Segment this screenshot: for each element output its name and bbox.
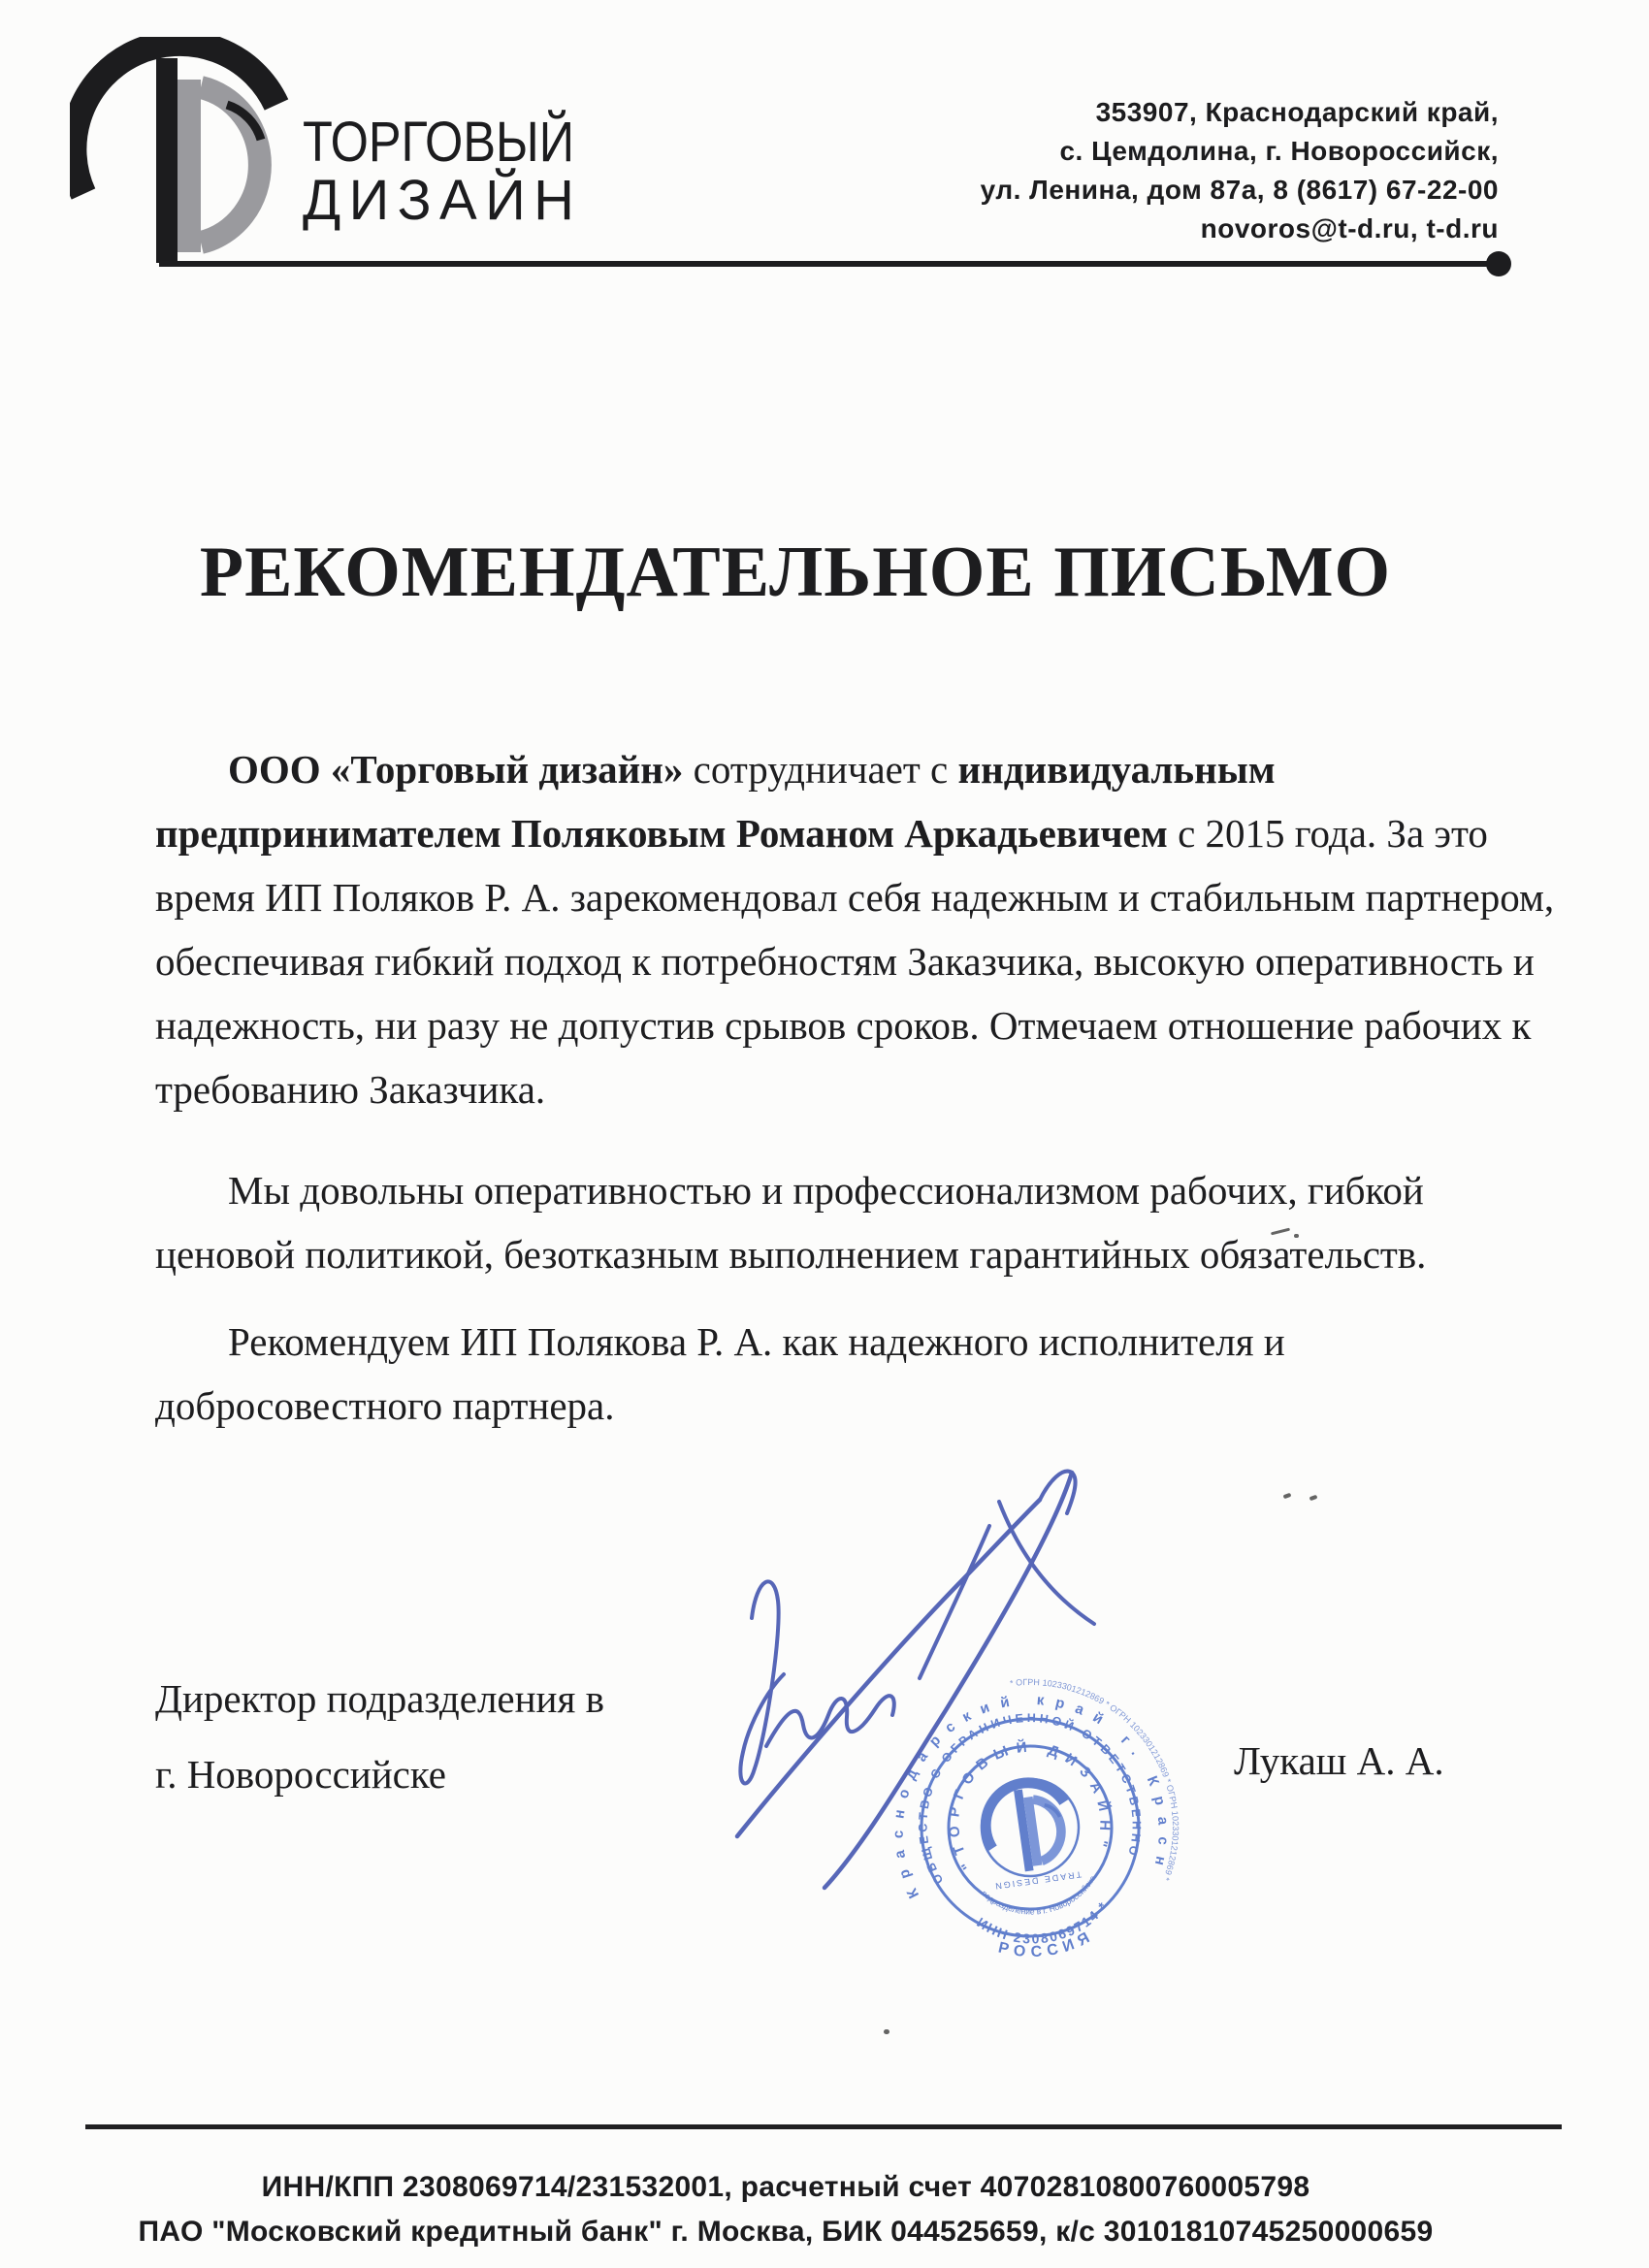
body-text-segment: Рекомендуем ИП Полякова Р. А. как надежн… [228,1319,1285,1364]
text-line: ИНН/КПП 2308069714/231532001, расчетный … [58,2165,1513,2210]
letter-body: ООО «Торговый дизайн» сотрудничает с инд… [155,737,1533,1438]
footer-rule [85,2124,1562,2129]
text-line: с. Цемдолина, г. Новороссийск, [981,132,1499,171]
signer-role-line2: г. Новороссийске [155,1736,604,1812]
body-line: Мы довольны оперативностью и профессиона… [155,1158,1533,1222]
text-line: ул. Ленина, дом 87а, 8 (8617) 67-22-00 [981,171,1499,210]
scan-artifact-dot [884,2029,889,2034]
body-text-segment: время ИП Поляков Р. А. зарекомендовал се… [155,875,1554,920]
body-text-segment: индивидуальным [958,747,1276,792]
letterhead-rule-end-dot [1486,251,1511,276]
letterhead-rule [159,261,1494,267]
scan-artifact-dot [1309,1495,1318,1501]
signer-role: Директор подразделения в г. Новороссийск… [155,1661,604,1812]
body-text-segment: требованию Заказчика. [155,1067,545,1112]
td-monogram-icon [74,43,276,263]
body-line: надежность, ни разу не допустив срывов с… [155,993,1533,1057]
body-line: ООО «Торговый дизайн» сотрудничает с инд… [155,737,1533,801]
body-text-segment: предпринимателем Поляковым Романом Аркад… [155,811,1168,856]
body-line: время ИП Поляков Р. А. зарекомендовал се… [155,865,1533,929]
scan-artifact-dot [1294,1234,1299,1238]
company-round-stamp: * ОГРН 1023301212869 * ОГРН 102330121286… [855,1652,1205,2002]
body-text-segment: надежность, ни разу не допустив срывов с… [155,1003,1531,1048]
footer-bank-details: ИНН/КПП 2308069714/231532001, расчетный … [58,2165,1513,2254]
text-line: 353907, Краснодарский край, [981,93,1499,132]
logo-text-line2: ДИЗАЙН [303,169,574,232]
letterhead-address: 353907, Краснодарский край,с. Цемдолина,… [981,93,1499,248]
body-text-segment: с 2015 года. За это [1168,811,1488,856]
body-paragraph: Рекомендуем ИП Полякова Р. А. как надежн… [155,1310,1533,1438]
body-line: ценовой политикой, безотказным выполнени… [155,1222,1533,1286]
body-text-segment: добросовестного партнера. [155,1383,614,1428]
scan-artifact-dot [1283,1493,1292,1499]
body-line: предпринимателем Поляковым Романом Аркад… [155,801,1533,865]
body-paragraph: ООО «Торговый дизайн» сотрудничает с инд… [155,737,1533,1121]
signer-name: Лукаш А. А. [1234,1736,1444,1785]
body-text-segment: ООО «Торговый дизайн» [228,747,683,792]
company-logo: ТОРГОВЫЙ ДИЗАЙН [70,37,584,279]
signer-role-line1: Директор подразделения в [155,1661,604,1736]
body-text-segment: Мы довольны оперативностью и профессиона… [228,1168,1424,1213]
stamp-latin-name-text: TRADE DESIGN [993,1869,1083,1892]
text-line: ПАО "Московский кредитный банк" г. Москв… [58,2210,1513,2254]
document-title: РЕКОМЕНДАТЕЛЬНОЕ ПИСЬМО [116,532,1474,614]
text-line: novoros@t-d.ru, t-d.ru [981,210,1499,248]
body-text-segment: сотрудничает с [683,747,957,792]
body-line: обеспечивая гибкий подход к потребностям… [155,929,1533,993]
body-line: требованию Заказчика. [155,1057,1533,1121]
logo-text-line1: ТОРГОВЫЙ [303,111,574,174]
scanned-letter-page: ТОРГОВЫЙ ДИЗАЙН 353907, Краснодарский кр… [0,0,1649,2268]
body-paragraph: Мы довольны оперативностью и профессиона… [155,1158,1533,1286]
body-line: Рекомендуем ИП Полякова Р. А. как надежн… [155,1310,1533,1374]
body-text-segment: обеспечивая гибкий подход к потребностям… [155,939,1535,984]
body-text-segment: ценовой политикой, безотказным выполнени… [155,1232,1426,1277]
body-line: добросовестного партнера. [155,1374,1533,1438]
